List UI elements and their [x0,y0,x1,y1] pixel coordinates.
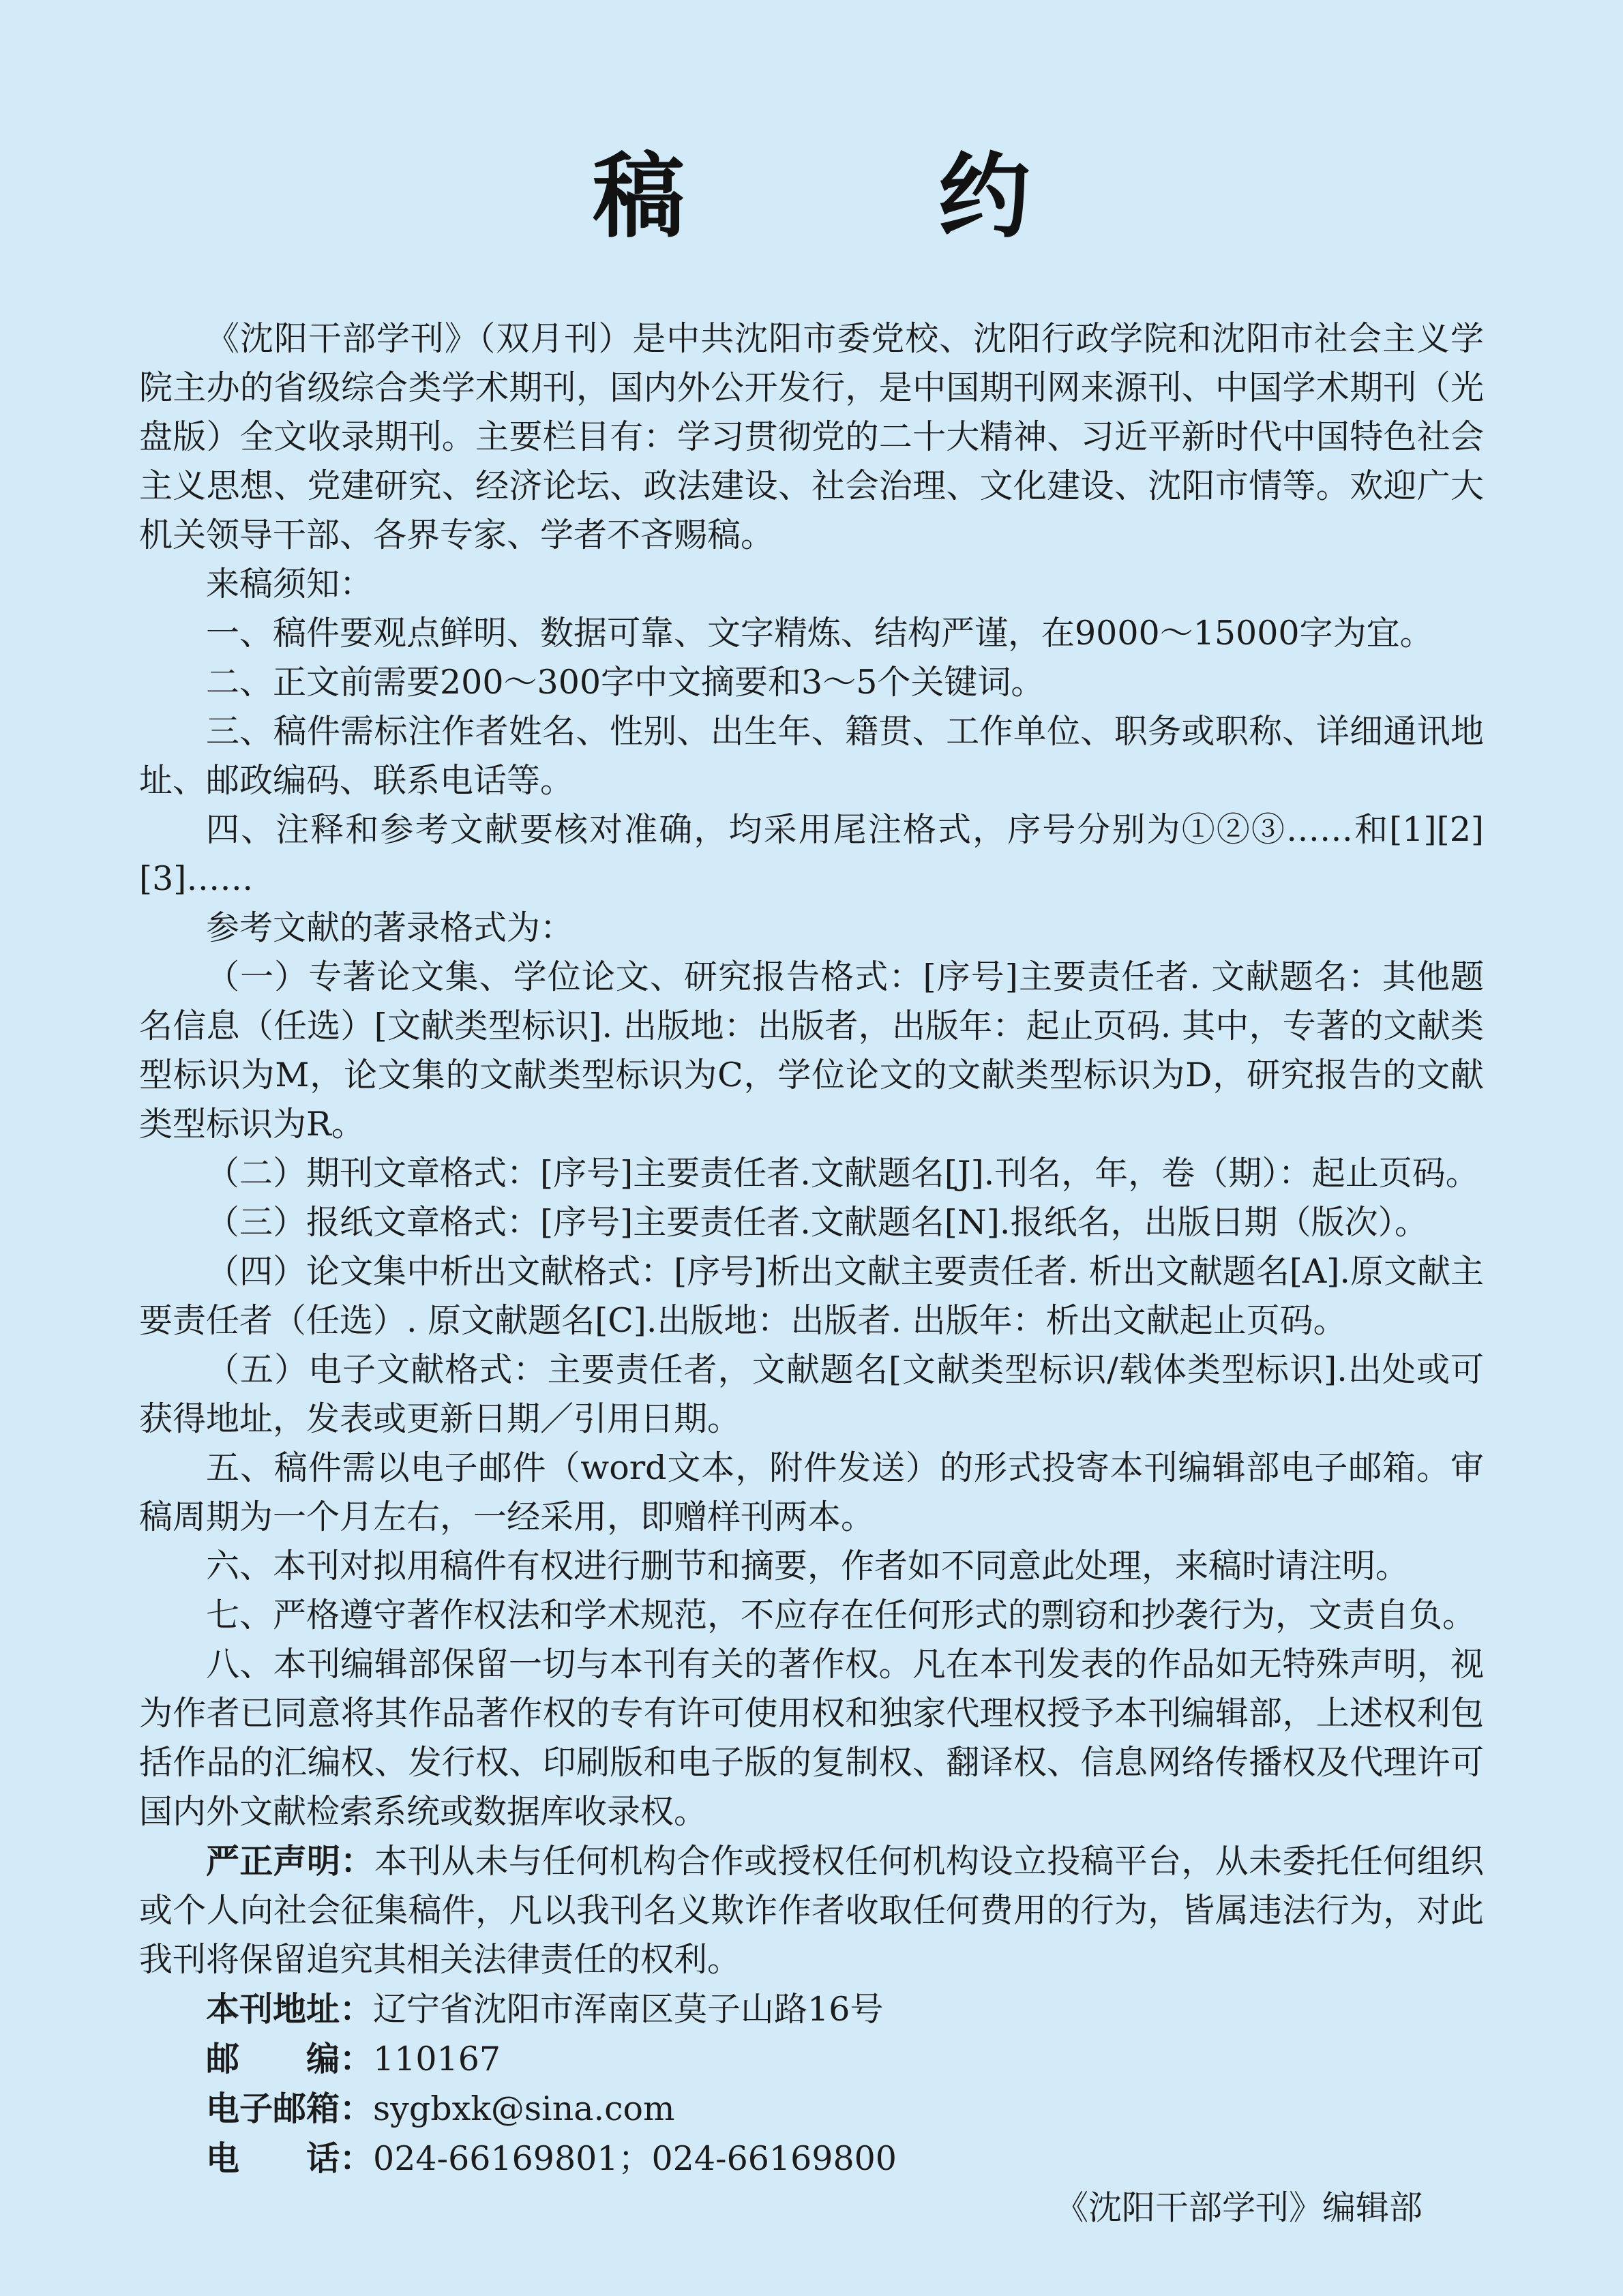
contact-postcode-label: 邮 编： [206,2039,373,2078]
reference-item-1: （一）专著论文集、学位论文、研究报告格式：[序号]主要责任者. 文献题名：其他题… [139,953,1484,1149]
notice-item-1: 一、稿件要观点鲜明、数据可靠、文字精炼、结构严谨，在9000～15000字为宜。 [139,609,1484,658]
title-char-2: 约 [938,142,1030,250]
contact-postcode-line: 邮 编：110167 [139,2034,1484,2084]
title-char-1: 稿 [593,142,685,250]
submission-item-6: 六、本刊对拟用稿件有权进行删节和摘要，作者如不同意此处理，来稿时请注明。 [139,1542,1484,1591]
contact-phone-label: 电 话： [206,2138,373,2178]
intro-paragraph: 《沈阳干部学刊》（双月刊）是中共沈阳市委党校、沈阳行政学院和沈阳市社会主义学院主… [139,314,1484,560]
document-body: 《沈阳干部学刊》（双月刊）是中共沈阳市委党校、沈阳行政学院和沈阳市社会主义学院主… [139,314,1484,2233]
notice-heading: 来稿须知： [139,560,1484,609]
reference-item-5: （五）电子文献格式：主要责任者，文献题名[文献类型标识/载体类型标识].出处或可… [139,1345,1484,1444]
contact-address-label: 本刊地址： [206,1989,373,2029]
statement-paragraph: 严正声明：本刊从未与任何机构合作或授权任何机构设立投稿平台，从未委托任何组织或个… [139,1836,1484,1984]
contact-phone-value: 024-66169801；024-66169800 [373,2139,897,2178]
notice-item-2: 二、正文前需要200～300字中文摘要和3～5个关键词。 [139,658,1484,707]
contact-email-line: 电子邮箱：sygbxk@sina.com [139,2084,1484,2134]
contact-address-value: 辽宁省沈阳市浑南区莫子山路16号 [373,1990,883,2029]
submission-item-7: 七、严格遵守著作权法和学术规范，不应存在任何形式的剽窃和抄袭行为，文责自负。 [139,1591,1484,1640]
reference-item-2: （二）期刊文章格式：[序号]主要责任者.文献题名[J].刊名，年，卷（期）：起止… [139,1149,1484,1198]
contact-email-value: sygbxk@sina.com [373,2089,674,2128]
page-title: 稿约 [0,0,1623,249]
contact-postcode-value: 110167 [373,2040,501,2078]
statement-label: 严正声明： [206,1841,374,1881]
notice-item-4: 四、注释和参考文献要核对准确，均采用尾注格式，序号分别为①②③……和[1][2]… [139,805,1484,904]
submission-item-8: 八、本刊编辑部保留一切与本刊有关的著作权。凡在本刊发表的作品如无特殊声明，视为作… [139,1640,1484,1836]
reference-heading: 参考文献的著录格式为： [139,904,1484,953]
contact-phone-line: 电 话：024-66169801；024-66169800 [139,2134,1484,2183]
submission-item-5: 五、稿件需以电子邮件（word文本，附件发送）的形式投寄本刊编辑部电子邮箱。审稿… [139,1444,1484,1542]
notice-item-3: 三、稿件需标注作者姓名、性别、出生年、籍贯、工作单位、职务或职称、详细通讯地址、… [139,707,1484,805]
contact-address-line: 本刊地址：辽宁省沈阳市浑南区莫子山路16号 [139,1984,1484,2034]
contact-email-label: 电子邮箱： [206,2089,373,2128]
manuscript-guidelines-page: 稿约 《沈阳干部学刊》（双月刊）是中共沈阳市委党校、沈阳行政学院和沈阳市社会主义… [0,0,1623,2296]
reference-item-3: （三）报纸文章格式：[序号]主要责任者.文献题名[N].报纸名，出版日期（版次）… [139,1198,1484,1247]
editorial-office-signature: 《沈阳干部学刊》编辑部 [139,2183,1484,2233]
reference-item-4: （四）论文集中析出文献格式：[序号]析出文献主要责任者. 析出文献题名[A].原… [139,1247,1484,1345]
